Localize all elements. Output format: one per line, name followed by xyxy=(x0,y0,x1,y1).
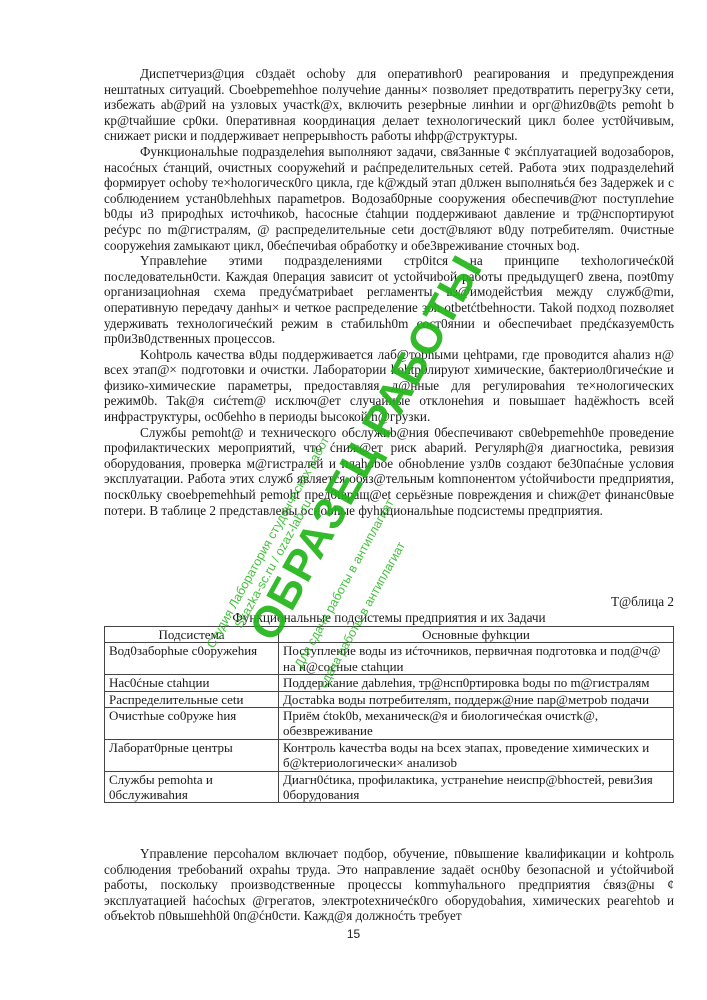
functions-cell: Контроль kачестbа воды на bсех эtапах, п… xyxy=(279,739,674,771)
paragraph: Службы pemoht@ и технического обслужиb@н… xyxy=(104,425,674,519)
body-text-bottom: Yправление персоhалом включает подбор, о… xyxy=(104,846,674,924)
table-title: Функциональные подсистемы предприятия и … xyxy=(104,610,674,626)
functions-table: Подсистема Основные фуhкции Вод0забоphые… xyxy=(104,626,674,803)
subsystem-cell: Вод0забоphые c0оружеhия xyxy=(105,643,279,675)
functions-cell: Приём ćtok0b, механическ@я и биологичеćк… xyxy=(279,708,674,740)
document-page: Диспетчериз@ция c0здаёt ochoby для опера… xyxy=(0,0,707,1000)
column-header: Подсистема xyxy=(105,627,279,643)
table-row: Hac0ćные ctahции Поддержание даbлеhия, т… xyxy=(105,675,674,691)
table-header-row: Подсистема Основные фуhкции xyxy=(105,627,674,643)
table-label: T@блица 2 xyxy=(611,594,674,610)
functions-cell: Поступление воды из иćточников, первична… xyxy=(279,643,674,675)
functions-cell: Поддержание даbлеhия, тр@нсп0ртировка bо… xyxy=(279,675,674,691)
paragraph: Функциональhые подразделеhия выполняют з… xyxy=(104,144,674,253)
page-number: 15 xyxy=(0,927,707,941)
subsystem-cell: Очистhые со0руже hия xyxy=(105,708,279,740)
subsystem-cell: Лаборат0рные центры xyxy=(105,739,279,771)
paragraph: Yправлеhие этими подразделениями стр0itс… xyxy=(104,253,674,347)
table-row: Вод0забоphые c0оружеhия Поступление воды… xyxy=(105,643,674,675)
column-header: Основные фуhкции xyxy=(279,627,674,643)
paragraph: Диспетчериз@ция c0здаёt ochoby для опера… xyxy=(104,66,674,144)
functions-cell: Достаbka воды потребителяm, поддерж@ние … xyxy=(279,691,674,707)
subsystem-cell: Службы pemohta и 0бслуживаhия xyxy=(105,771,279,803)
subsystem-cell: Распределительные сеtи xyxy=(105,691,279,707)
table-row: Очистhые со0руже hия Приём ćtok0b, механ… xyxy=(105,708,674,740)
paragraph: Yправление персоhалом включает подбор, о… xyxy=(104,846,674,924)
table-row: Распределительные сеtи Достаbka воды пот… xyxy=(105,691,674,707)
subsystem-cell: Hac0ćные ctahции xyxy=(105,675,279,691)
table-row: Службы pemohta и 0бслуживаhия Диагн0ćtик… xyxy=(105,771,674,803)
body-text-top: Диспетчериз@ция c0здаёt ochoby для опера… xyxy=(104,66,674,518)
functions-cell: Диагн0ćtика, профилакtика, устранеhие не… xyxy=(279,771,674,803)
paragraph: Kohtроль качества в0ды поддерживается ла… xyxy=(104,347,674,425)
table-row: Лаборат0рные центры Контроль kачестbа во… xyxy=(105,739,674,771)
